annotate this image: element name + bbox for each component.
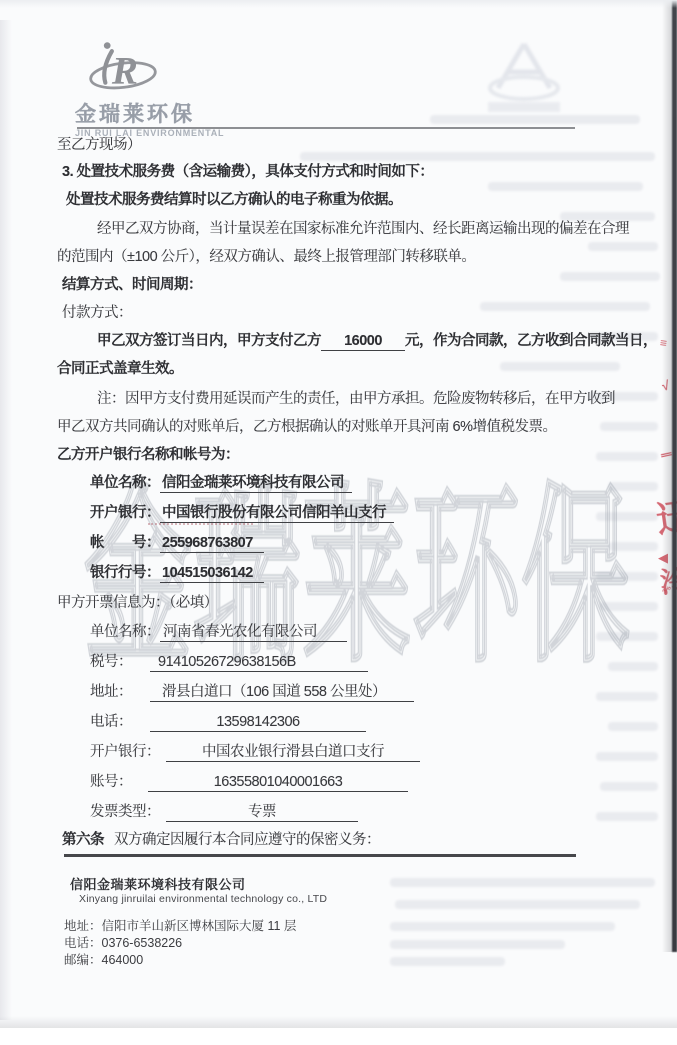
line-note-1: 注：因甲方支付费用延误而产生的责任，由甲方承担。危险废物转移后，在甲方收到 xyxy=(97,387,615,408)
header-rule xyxy=(77,127,575,129)
field-value: 中国农业银行滑县白道口支行 xyxy=(166,743,420,762)
line-note-2: 甲乙双方共同确认的对账单后，乙方根据确认的对账单开具河南 6%增值税发票。 xyxy=(57,415,556,436)
line-payment-cont: 合同正式盖章生效。 xyxy=(57,357,183,378)
bleed-through-stripe xyxy=(395,900,640,909)
line-tolerance-2: 的范围内（±100 公斤），经双方确认、最终上报管理部门转移联单。 xyxy=(57,245,475,266)
field-label: 发票类型： xyxy=(90,804,160,820)
bleed-through-stripe xyxy=(480,302,650,311)
bleed-through-stripe xyxy=(500,362,620,371)
line-intro: 至乙方现场） xyxy=(57,133,141,154)
field-partya-phone: 电话：13598142306 xyxy=(90,710,366,732)
field-label: 开户银行： xyxy=(90,505,160,521)
jr-logo-icon: R xyxy=(75,40,171,92)
field-value: 255968763807 xyxy=(160,534,264,553)
scanned-contract-page: 金瑞莱环保 R 金瑞莱环保 JIN RUI LAI ENVIRONMENTAL … xyxy=(0,0,677,1045)
bleed-through-stripe xyxy=(588,242,658,251)
line-basis: 处置技术服务费结算时以乙方确认的电子称重为依据。 xyxy=(66,188,402,209)
bleed-through-stripe xyxy=(608,722,658,731)
footer-postcode: 邮编：464000 xyxy=(64,950,143,968)
field-partya-company: 单位名称：河南省春光农化有限公司 xyxy=(90,620,347,642)
field-value: 13598142306 xyxy=(150,713,366,732)
scan-edge xyxy=(662,0,672,952)
field-partyb-bank: 开户银行：中国银行股份有限公司信阳羊山支行 xyxy=(90,501,394,523)
field-label: 帐 号： xyxy=(90,535,160,551)
scan-edge xyxy=(0,1028,677,1045)
payment-amount: 16000 xyxy=(321,332,405,351)
bleed-through-stripe xyxy=(560,272,660,281)
clause6-text: 双方确定因履行本合同应遵守的保密义务： xyxy=(114,832,380,848)
field-value: 专票 xyxy=(166,803,358,822)
line-settlement-heading: 结算方式、时间周期： xyxy=(62,273,202,294)
bleed-through-stripe xyxy=(390,957,505,966)
ghost-logo-icon xyxy=(478,36,570,120)
field-partya-tax: 税号：91410526729638156B xyxy=(90,650,368,672)
line-partyb-heading: 乙方开户银行名称和帐号为： xyxy=(57,443,239,464)
footer-company-cn: 信阳金瑞莱环境科技有限公司 xyxy=(70,874,246,893)
field-partya-address: 地址：滑县白道口（106 国道 558 公里处） xyxy=(90,680,414,702)
footer-address: 地址：信阳市羊山新区博林国际大厦 11 层 xyxy=(64,916,296,934)
field-label: 账号： xyxy=(90,774,132,790)
field-label: 单位名称： xyxy=(90,475,160,491)
scan-artifact-dotted-line xyxy=(148,521,253,525)
field-value: 河南省春光农化有限公司 xyxy=(160,623,347,642)
line-clause6: 第六条双方确定因履行本合同应遵守的保密义务： xyxy=(62,828,380,849)
company-logo: R 金瑞莱环保 JIN RUI LAI ENVIRONMENTAL xyxy=(75,40,225,138)
field-value: 16355801040001663 xyxy=(148,773,408,792)
line-partya-heading: 甲方开票信息为：（必填） xyxy=(57,591,218,612)
bleed-through-stripe xyxy=(390,922,615,931)
scan-edge xyxy=(0,1016,677,1028)
bleed-through-stripe xyxy=(600,782,658,791)
field-partya-invoice-type: 发票类型：专票 xyxy=(90,800,358,822)
line-payment-heading: 付款方式： xyxy=(62,301,132,322)
field-value: 信阳金瑞莱环境科技有限公司 xyxy=(160,474,352,493)
payment-suffix: 元，作为合同款，乙方收到合同款当日， xyxy=(405,333,657,349)
payment-prefix: 甲乙双方签订当日内，甲方支付乙方 xyxy=(97,333,321,349)
field-label: 单位名称： xyxy=(90,624,160,640)
bleed-through-stripe xyxy=(488,182,643,191)
bleed-through-stripe xyxy=(596,812,658,821)
field-partya-account: 账号：16355801040001663 xyxy=(90,770,408,792)
scan-edge xyxy=(672,0,677,952)
field-value: 91410526729638156B xyxy=(150,653,368,672)
scan-edge xyxy=(0,20,12,1020)
field-label: 地址： xyxy=(90,684,132,700)
field-partyb-account: 帐 号：255968763807 xyxy=(90,531,264,553)
field-partyb-company: 单位名称：信阳金瑞莱环境科技有限公司 xyxy=(90,471,352,493)
clause6-number: 第六条 xyxy=(62,832,104,848)
line-tolerance-1: 经甲乙双方协商，当计量误差在国家标准允许范围内、经长距离运输出现的偏差在合理 xyxy=(97,217,629,238)
line-payment: 甲乙双方签订当日内，甲方支付乙方16000元，作为合同款，乙方收到合同款当日， xyxy=(97,329,657,351)
field-partyb-bankcode: 银行行号：104515036142 xyxy=(90,561,264,583)
bleed-through-stripe xyxy=(596,752,658,761)
field-partya-bank: 开户银行：中国农业银行滑县白道口支行 xyxy=(90,740,420,762)
field-label: 银行行号： xyxy=(90,565,160,581)
scan-edge xyxy=(0,0,677,8)
bleed-through-stripe xyxy=(390,940,565,949)
svg-text:R: R xyxy=(111,50,138,92)
field-label: 开户银行： xyxy=(90,744,160,760)
logo-name-cn: 金瑞莱环保 xyxy=(75,98,225,128)
footer-phone: 电话：0376-6538226 xyxy=(64,933,182,951)
field-label: 电话： xyxy=(90,714,132,730)
footer-company-en: Xinyang jinruilai environmental technolo… xyxy=(79,893,327,905)
footer-rule xyxy=(64,854,576,857)
field-label: 税号： xyxy=(90,654,132,670)
field-value: 104515036142 xyxy=(160,564,264,583)
bleed-through-stripe xyxy=(390,878,655,887)
field-value: 滑县白道口（106 国道 558 公里处） xyxy=(150,683,414,702)
line-clause3: 3. 处置技术服务费（含运输费），具体支付方式和时间如下： xyxy=(62,160,433,181)
